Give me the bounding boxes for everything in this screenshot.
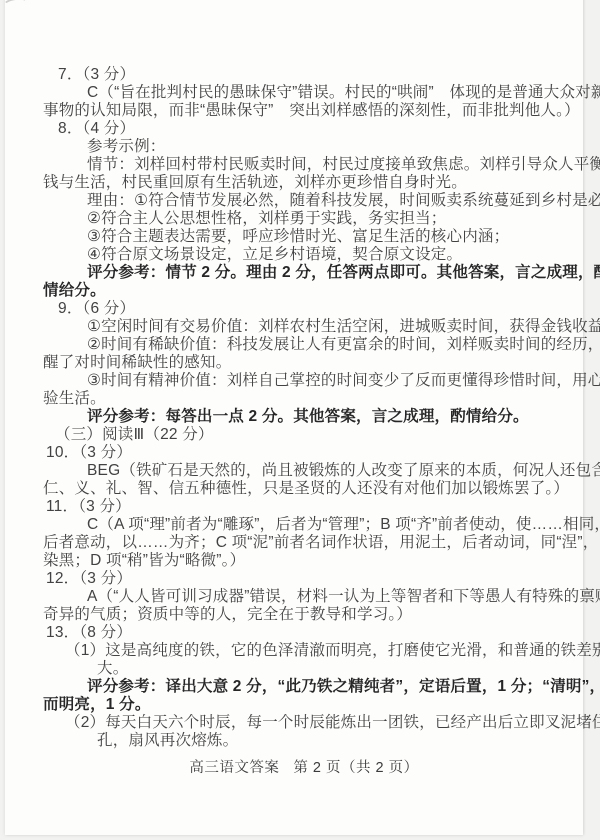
text-line: 后者意动，以……为齐；C 项“泥”前者名词作状语，用泥土，后者动词，同“涅”，: [43, 534, 565, 552]
text-line: 钱与生活，村民重回原有生活轨迹，刘样亦更珍惜自身时光。: [43, 174, 565, 192]
text-line: （1）这是高纯度的铁，它的色泽清澈而明亮，打磨使它光滑，和普通的铁差别很: [43, 642, 565, 660]
text-line: 评分参考：译出大意 2 分，“此乃铁之精纯者”，定语后置，1 分；“清明”，清澈: [43, 678, 565, 696]
footer-page-info: 第 2 页（共 2 页）: [293, 760, 418, 776]
text-line: 大。: [43, 660, 565, 678]
text-line: 7．（3 分）: [43, 66, 565, 84]
text-line: 11．（3 分）: [43, 498, 565, 516]
text-line: ②时间有稀缺价值：科技发展让人有更富余的时间，刘样贩卖时间的经历，唤: [43, 336, 565, 354]
text-line: 参考示例：: [43, 138, 565, 156]
text-line: 12．（3 分）: [43, 570, 565, 588]
footer-doc-title: 高三语文答案: [189, 760, 279, 776]
document-page: 7．（3 分）C（“旨在批判村民的愚昧保守”错误。村民的“哄闹” 体现的是普通大…: [5, 0, 583, 835]
text-line: C（“旨在批判村民的愚昧保守”错误。村民的“哄闹” 体现的是普通大众对新: [43, 84, 565, 102]
text-line: 评分参考：情节 2 分。理由 2 分，任答两点即可。其他答案，言之成理，酌: [43, 264, 565, 282]
text-line: 醒了对时间稀缺性的感知。: [43, 354, 565, 372]
text-line: 评分参考：每答出一点 2 分。其他答案，言之成理，酌情给分。: [43, 408, 565, 426]
text-line: BEG（铁矿石是天然的，尚且被锻炼的人改变了原来的本质，何况人还包含有: [43, 462, 565, 480]
text-line: 9．（6 分）: [43, 300, 565, 318]
text-line: 10．（3 分）: [43, 444, 565, 462]
answer-lines: 7．（3 分）C（“旨在批判村民的愚昧保守”错误。村民的“哄闹” 体现的是普通大…: [43, 66, 565, 750]
text-line: 事物的认知局限，而非“愚昧保守” 突出刘样感悟的深刻性，而非批判他人。）: [43, 102, 565, 120]
text-line: 奇异的气质；资质中等的人，完全在于教导和学习。）: [43, 606, 565, 624]
text-line: A（“人人皆可训习成器”错误，材料一认为上等智者和下等愚人有特殊的禀赋、: [43, 588, 565, 606]
text-line: 8．（4 分）: [43, 120, 565, 138]
text-line: C（A 项“理”前者为“雕琢”，后者为“管理”；B 项“齐”前者使动，使……相同…: [43, 516, 565, 534]
text-line: ①空闲时间有交易价值：刘样农村生活空闲，进城贩卖时间，获得金钱收益。: [43, 318, 565, 336]
text-line: 仁、义、礼、智、信五种德性，只是圣贤的人还没有对他们加以锻炼罢了。）: [43, 480, 565, 498]
text-line: 孔，扇风再次熔炼。: [43, 732, 565, 750]
scan-background: { "document": { "lines": [ {"text":"7．（3…: [0, 0, 600, 840]
text-line: 验生活。: [43, 390, 565, 408]
text-line: ③符合主题表达需要，呼应珍惜时光、富足生活的核心内涵；: [43, 228, 565, 246]
text-line: （三）阅读Ⅲ（22 分）: [43, 426, 565, 444]
text-line: ④符合原文场景设定，立足乡村语境，契合原文设定。: [43, 246, 565, 264]
text-line: （2）每天白天六个时辰，每一个时辰能炼出一团铁，已经产出后立即叉泥堵住炉: [43, 714, 565, 732]
text-line: 而明亮，1 分。: [43, 696, 565, 714]
page-footer: 高三语文答案第 2 页（共 2 页）: [43, 756, 565, 777]
text-line: ③时间有精神价值：刘样自己掌控的时间变少了反而更懂得珍惜时间，用心体: [43, 372, 565, 390]
text-line: 染黑；D 项“稍”皆为“略微”。）: [43, 552, 565, 570]
text-line: 13．（8 分）: [43, 624, 565, 642]
scan-artifact: [2, 0, 29, 12]
text-line: ②符合主人公思想性格，刘样勇于实践，务实担当；: [43, 210, 565, 228]
text-line: 理由：①符合情节发展必然，随着科技发展，时间贩卖系统蔓延到乡村是必然；: [43, 192, 565, 210]
text-line: 情节：刘样回村带村民贩卖时间，村民过度接单致焦虑。刘样引导众人平衡赚: [43, 156, 565, 174]
text-line: 情给分。: [43, 282, 565, 300]
